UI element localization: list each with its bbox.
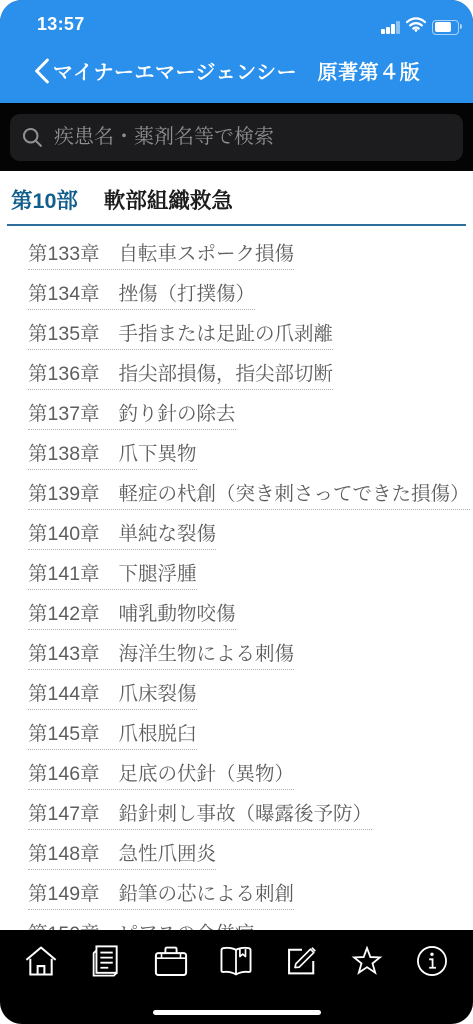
chapter-link[interactable]: 第136章指尖部損傷，指尖部切断 (28, 363, 333, 390)
chapter-link[interactable]: 第138章爪下異物 (28, 443, 197, 470)
book-button[interactable] (217, 941, 255, 981)
chapter-link[interactable]: 第146章足底の伏針（異物） (28, 763, 294, 790)
chapter-row[interactable]: 第147章鉛針刺し事故（曝露後予防） (0, 796, 473, 836)
search-input[interactable] (52, 125, 451, 150)
briefcase-button[interactable] (152, 941, 190, 981)
chapter-row[interactable]: 第137章釣り針の除去 (0, 396, 473, 436)
chapter-number: 第149章 (28, 883, 100, 905)
chapter-link[interactable]: 第143章海洋生物による刺傷 (28, 643, 294, 670)
info-button[interactable] (413, 941, 451, 981)
chapter-row[interactable]: 第149章鉛筆の芯による刺創 (0, 876, 473, 916)
chapter-row[interactable]: 第142章哺乳動物咬傷 (0, 596, 473, 636)
status-icons (381, 17, 459, 37)
chapter-link[interactable]: 第134章挫傷（打撲傷） (28, 283, 255, 310)
section-divider (7, 224, 466, 226)
chapter-number: 第137章 (28, 403, 100, 425)
chapter-row[interactable]: 第145章爪根脱臼 (0, 716, 473, 756)
chapter-title: 爪下異物 (119, 443, 197, 465)
chapter-link[interactable]: 第135章手指または足趾の爪剥離 (28, 323, 333, 350)
chapter-title: 自転車スポーク損傷 (119, 243, 295, 265)
chapter-link[interactable]: 第149章鉛筆の芯による刺創 (28, 883, 294, 910)
search-band (0, 103, 473, 171)
content-area: 第10部 軟部組織救急 第133章自転車スポーク損傷 第134章挫傷（打撲傷） … (0, 171, 473, 1024)
chapter-list: 第133章自転車スポーク損傷 第134章挫傷（打撲傷） 第135章手指または足趾… (0, 236, 473, 956)
chapter-link[interactable]: 第140章単純な裂傷 (28, 523, 216, 550)
chapter-link[interactable]: 第142章哺乳動物咬傷 (28, 603, 236, 630)
chapter-link[interactable]: 第147章鉛針刺し事故（曝露後予防） (28, 803, 372, 830)
chapter-title: 爪床裂傷 (119, 683, 197, 705)
chapter-number: 第136章 (28, 363, 100, 385)
info-icon (414, 943, 450, 979)
nav-bar: マイナーエマージェンシー 原著第４版 (0, 44, 473, 103)
back-button[interactable] (34, 54, 60, 88)
chapter-row[interactable]: 第139章軽症の杙創（突き刺さってできた損傷） (0, 476, 473, 516)
chapter-link[interactable]: 第137章釣り針の除去 (28, 403, 236, 430)
chapter-row[interactable]: 第138章爪下異物 (0, 436, 473, 476)
chapter-row[interactable]: 第148章急性爪囲炎 (0, 836, 473, 876)
contents-button[interactable] (87, 941, 125, 981)
chapter-number: 第141章 (28, 563, 100, 585)
status-bar: 13:57 (0, 0, 473, 44)
bottom-toolbar (0, 930, 473, 1024)
cellular-icon (381, 21, 400, 34)
chapter-link[interactable]: 第144章爪床裂傷 (28, 683, 197, 710)
home-indicator[interactable] (153, 1010, 321, 1015)
chapter-row[interactable]: 第146章足底の伏針（異物） (0, 756, 473, 796)
chapter-title: 釣り針の除去 (119, 403, 236, 425)
star-icon (348, 943, 386, 979)
chapter-title: 下腿浮腫 (119, 563, 197, 585)
chapter-title: 軽症の杙創（突き刺さってできた損傷） (119, 483, 470, 505)
chapter-number: 第143章 (28, 643, 100, 665)
chapter-link[interactable]: 第133章自転車スポーク損傷 (28, 243, 294, 270)
chapter-title: 鉛筆の芯による刺創 (119, 883, 295, 905)
compose-button[interactable] (283, 941, 321, 981)
chapter-title: 単純な裂傷 (119, 523, 217, 545)
book-icon (217, 944, 255, 978)
device-screen: 13:57 (0, 0, 473, 1024)
chapter-row[interactable]: 第144章爪床裂傷 (0, 676, 473, 716)
wifi-icon (406, 17, 426, 37)
section-part-label: 第10部 (11, 184, 78, 215)
chapter-link[interactable]: 第141章下腿浮腫 (28, 563, 197, 590)
compose-icon (284, 944, 320, 978)
status-time: 13:57 (37, 14, 85, 35)
chapter-row[interactable]: 第140章単純な裂傷 (0, 516, 473, 556)
chapter-number: 第140章 (28, 523, 100, 545)
chapter-link[interactable]: 第145章爪根脱臼 (28, 723, 197, 750)
search-icon (22, 127, 43, 148)
section-header: 第10部 軟部組織救急 (0, 171, 473, 215)
chapter-number: 第147章 (28, 803, 100, 825)
star-button[interactable] (348, 941, 386, 981)
section-title: 軟部組織救急 (104, 184, 233, 215)
chapter-link[interactable]: 第139章軽症の杙創（突き刺さってできた損傷） (28, 483, 470, 510)
chapter-row[interactable]: 第136章指尖部損傷，指尖部切断 (0, 356, 473, 396)
chapter-row[interactable]: 第133章自転車スポーク損傷 (0, 236, 473, 276)
briefcase-icon (152, 944, 190, 978)
chapter-number: 第148章 (28, 843, 100, 865)
chapter-row[interactable]: 第134章挫傷（打撲傷） (0, 276, 473, 316)
chapter-title: 鉛針刺し事故（曝露後予防） (119, 803, 373, 825)
chapter-number: 第146章 (28, 763, 100, 785)
chapter-title: 挫傷（打撲傷） (119, 283, 256, 305)
chapter-title: 爪根脱臼 (119, 723, 197, 745)
chapter-title: 手指または足趾の爪剥離 (119, 323, 334, 345)
contents-icon (89, 943, 123, 979)
chapter-number: 第142章 (28, 603, 100, 625)
chapter-number: 第144章 (28, 683, 100, 705)
chapter-row[interactable]: 第141章下腿浮腫 (0, 556, 473, 596)
battery-icon (432, 20, 459, 35)
chapter-title: 海洋生物による刺傷 (119, 643, 295, 665)
chapter-number: 第138章 (28, 443, 100, 465)
chapter-row[interactable]: 第135章手指または足趾の爪剥離 (0, 316, 473, 356)
chapter-number: 第133章 (28, 243, 100, 265)
chapter-link[interactable]: 第148章急性爪囲炎 (28, 843, 216, 870)
chevron-left-icon (34, 58, 50, 84)
home-icon (23, 944, 59, 978)
chapter-row[interactable]: 第143章海洋生物による刺傷 (0, 636, 473, 676)
chapter-title: 急性爪囲炎 (119, 843, 217, 865)
chapter-title: 指尖部損傷，指尖部切断 (119, 363, 334, 385)
chapter-number: 第134章 (28, 283, 100, 305)
home-button[interactable] (22, 941, 60, 981)
chapter-number: 第135章 (28, 323, 100, 345)
chapter-number: 第139章 (28, 483, 100, 505)
chapter-title: 哺乳動物咬傷 (119, 603, 236, 625)
page-title: マイナーエマージェンシー 原著第４版 (53, 56, 420, 85)
chapter-number: 第145章 (28, 723, 100, 745)
chapter-title: 足底の伏針（異物） (119, 763, 295, 785)
search-field[interactable] (10, 114, 463, 161)
header: 13:57 (0, 0, 473, 103)
